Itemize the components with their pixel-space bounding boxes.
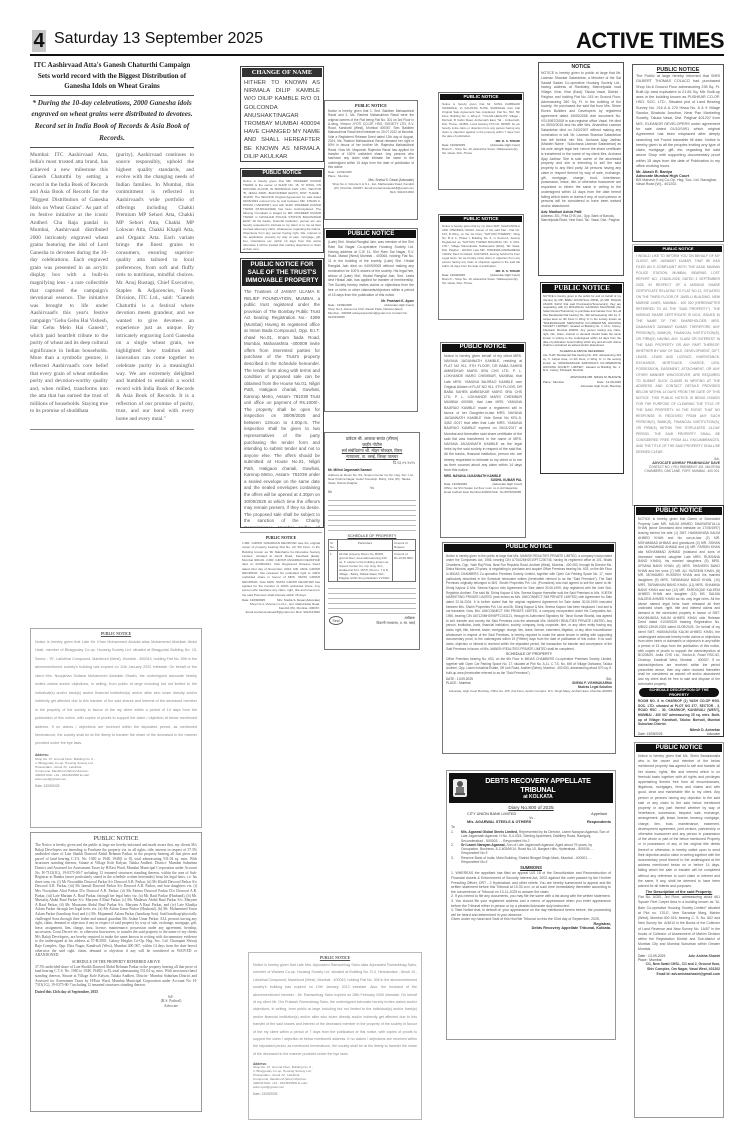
feature-deck: * During the 10-day celebrations, 2000 G… <box>30 98 194 145</box>
public-notice-manish-realities: PUBLIC NOTICE Notice is hereby given to … <box>442 542 616 754</box>
public-notice-jaswant: PUBLIC NOTICE I WOULD LIKE TO INFORM YOU… <box>632 244 724 506</box>
notice-title: PUBLIC NOTICE <box>634 246 722 252</box>
notice-address: Shop No. 07, Ground Floor, Building No. … <box>249 1066 319 1089</box>
notice-signatory: PRIYA SINGH <box>241 252 323 253</box>
drat-banner: DEBTS RECOVERY APPELLATE TRIBUNAL at KOL… <box>449 773 613 803</box>
notice-address: Shop No. 07, Ground Floor, Building No. … <box>31 757 101 781</box>
notice-address: C/1, New Swati CHSL, C/1 and 2, Ground f… <box>635 962 723 977</box>
notice-body: Notice is hereby given that MR. PRADEEP … <box>241 178 323 252</box>
issue-date: Saturday 13 September 2025 <box>54 30 263 48</box>
notice-address: Shop No.4, Victoria C.H.S.L., Ext. Mathu… <box>240 602 322 614</box>
case-number: दि.१३.०९.२०२५ <box>325 460 419 467</box>
notice-title: PUBLIC NOTICE <box>240 533 322 540</box>
public-notice-trust-sale: PUBLIC NOTICE FOR SALE OF THE TRUST'S IM… <box>240 258 324 528</box>
schedule-table: Sr. No. Particulars Amount of Rupees 1. … <box>328 539 416 582</box>
notice-body: Notice is hereby given that Ms. Shirin B… <box>635 753 723 890</box>
change-of-name-title: CHANGE OF NAME <box>242 68 322 77</box>
public-notice-kalim: PUBLIC NOTICE NOTICE is hereby given tha… <box>634 505 724 737</box>
notice-title: PUBLIC NOTICE <box>444 544 614 552</box>
notice-date: Date: 13/09/2025 <box>249 1090 421 1096</box>
table-header: Amount of Rupees <box>393 540 415 551</box>
notice-body: Notice is hereby given that Late Mr. Kha… <box>31 636 201 750</box>
notice-role: Advocate <box>141 1004 201 1009</box>
notice-body: Notice is hereby given that by my client… <box>439 223 523 269</box>
notice-satardekar: NOTICE NOTICE is hereby given to public … <box>538 62 624 276</box>
notice-title: PUBLIC NOTICE <box>31 629 201 636</box>
notice-place: PLACE : Mumbai <box>446 681 473 685</box>
notice-body: NOTICE is hereby given to public at larg… <box>539 70 623 210</box>
notice-body: 1.MR. GIRISH JANARDAN DEODHAR was the or… <box>240 540 322 598</box>
summons-paragraph: 1. WHEREAS the appellant has filed an ap… <box>451 871 611 894</box>
appellant-role: Appellant <box>591 812 607 816</box>
drat-title: DEBTS RECOVERY APPELLATE TRIBUNAL <box>467 776 609 794</box>
summons-paragraph: Given under my hand and Seal of this Hon… <box>451 917 611 922</box>
notice-body: (Late) Shri. Hiralal Rangilal Jain, was … <box>325 239 417 299</box>
party-number: 3. <box>451 856 461 865</box>
notice-body: Notice is hereby given that 1. Smt. Bald… <box>325 108 417 170</box>
table-cell: All that property Room No. B/206, ground… <box>338 551 393 581</box>
notice-body: Notice is hereby given that Mr. SUNIL KA… <box>439 101 523 139</box>
drat-summons: DEBTS RECOVERY APPELLATE TRIBUNAL at KOL… <box>446 770 616 1040</box>
public-notice-yadav: PUBLIC NOTICE Notice is hereby given tha… <box>438 214 524 320</box>
schedule-text: ROOM NO. 8 in CHARKOP (1) YASH CO-OP HSG… <box>635 698 723 728</box>
notice-address: Branch :- Shop No. 19, Akanksha Tower, N… <box>439 147 523 155</box>
feature-column-2: (purity), Aashirvaad continues to source… <box>116 152 194 424</box>
party-entry: 2. Sri Laxmi Narayan Agarwal, Son of Lat… <box>451 843 611 856</box>
public-notice-raval: PUBLIC NOTICE Notice is hereby given tha… <box>324 100 418 220</box>
signatory-court: दिवाणी न्यायालय, व. स्त. वसई <box>376 621 415 626</box>
respondent: Nil <box>325 490 419 494</box>
notice-body: NOTICE is hereby given that Owner of Sch… <box>635 516 723 687</box>
party-detail: Main Building, Shahid Bhagat Singh Mark,… <box>496 856 588 860</box>
newspaper-brand: ACTIVE TIMES <box>576 28 724 54</box>
summons-title: SUMMONS <box>447 864 615 871</box>
feature-headline: ITC Aashirvaad Atta's Ganesh Chaturthi C… <box>30 60 194 92</box>
notice-role: Advocate High Court, Bombay <box>541 384 623 388</box>
party-number: 2. <box>451 843 461 856</box>
party-entry: 1. M/s. Agarwal Global Steels Limited, R… <box>451 830 611 843</box>
public-notice-sahu: PUBLIC NOTICE Notice is hereby given tha… <box>248 952 422 1120</box>
notice-body: The Public at large hereby informed that… <box>633 73 723 170</box>
divider <box>30 429 194 430</box>
table-header: Particulars <box>338 540 393 551</box>
notice-address: Shop No.4, Victoria C.H.S.L., Ext. Mathu… <box>325 182 417 194</box>
schedule-text: ALL THAT Residential Flat bearing No. 40… <box>541 353 623 374</box>
divider <box>30 147 194 148</box>
notice-address: B/5 Mahavir Kunj Co-Op. Hsg. Soc. Ltd. N… <box>633 178 723 186</box>
notice-body: The Trustees of JAMIAT ULAMA E RELIEF FO… <box>241 287 323 528</box>
tribunal-office: Debts Recovery Appellate Tribunal, Kolka… <box>451 926 611 930</box>
party-entry: 3. Reserve Bank of India, Main Building,… <box>451 856 611 865</box>
table-header: Sr. No. <box>329 540 338 551</box>
appellant-name: CITY UNION BANK LIMITED <box>467 812 516 816</box>
respondents-name: M/s. AGARWAL STEELS & OTHERS <box>467 820 531 824</box>
public-notice-pradeep: PUBLIC NOTICE Notice is hereby given tha… <box>240 168 324 253</box>
public-notice-mohanlal: PUBLIC NOTICE NOTICE is hereby given to … <box>540 282 624 474</box>
schedule-text: 37.5% undivided share of Late Shaikh Daw… <box>31 964 201 989</box>
applicant-address: Address at: Room No. 5/1, Sopeni Center … <box>325 473 419 486</box>
notice-address: Office: Jai Shri Sadan 1st floor room no… <box>441 486 525 494</box>
notice-address: Shop No.4, Alamonos Chsl, Rawal Pada, Da… <box>325 307 417 319</box>
notice-body: Notice is hereby given that Late Mrs. Ar… <box>249 960 421 1060</box>
notice-address: Branch :- Shop No. 19, Akanksha Tower, N… <box>439 277 523 285</box>
notice-role: (Advocate High Court) <box>384 303 414 307</box>
notice-address: CONTACT NO. (+91) 9980589007 401, MAJITH… <box>633 465 723 473</box>
notice-title: NOTICE <box>539 63 623 70</box>
public-notice-hiralal: PUBLIC NOTICE (Late) Shri. Hiralal Rangi… <box>324 228 418 412</box>
notice-body: Notice is hereby given to the public at … <box>443 553 615 653</box>
party-number: 1. <box>451 830 461 843</box>
notice-title: PUBLIC NOTICE <box>440 94 522 100</box>
feature-column-1: Mumbai: ITC Aashirvaad Atta, India's mos… <box>30 152 108 424</box>
public-notice-colaco: PUBLIC NOTICE The Public at large hereby… <box>632 64 724 242</box>
notice-body: NOTICE is hereby given to the public for… <box>541 294 623 349</box>
table-cell: 1. <box>329 551 338 581</box>
notice-role: Advocate <box>707 732 720 736</box>
marathi-text-block <box>328 584 416 614</box>
schedule-title: SCHEDULE OF PROPERTY <box>325 534 419 538</box>
notice-date: Date : 13-09-2025 <box>638 954 665 958</box>
notice-title: PUBLIC NOTICE <box>326 230 416 238</box>
notice-title: PUBLIC NOTICE <box>442 344 524 352</box>
schedule-title: The Description of the said Property: <box>635 890 723 894</box>
page-number: 4 <box>32 30 46 52</box>
notice-body: I WOULD LIKE TO INFORM YOU ON BEHALF OF … <box>633 253 723 457</box>
notice-title: PUBLIC NOTICE <box>636 744 722 752</box>
summons-paragraph: 4. Take Notice that, in default of, your… <box>451 908 611 917</box>
public-notice-shirin: PUBLIC NOTICE Notice is hereby given tha… <box>634 742 724 1118</box>
state-emblem-icon <box>453 779 467 797</box>
schedule-text: Office Premises bearing No. 603, on the … <box>443 656 615 676</box>
notice-address: Advocate, High Court Bombay, Office No. … <box>443 689 615 693</box>
drat-subtitle: at KOLKATA <box>467 794 609 800</box>
court-notice-marathi: दावेदार श्री. आकाश सावंत (लीगल) जाहीर नो… <box>324 432 420 650</box>
public-notice-parkar: PUBLIC NOTICE The Notice is hereby given… <box>30 832 202 1112</box>
notice-date: Date : 13/09/2025 <box>328 303 352 307</box>
change-of-name-body: HITHER TO KNOWN AS NIRMALA DILIP KAMBLE … <box>241 78 323 162</box>
notice-title: PUBLIC NOTICE <box>325 101 417 108</box>
notice-signatory: Adv. Anisha Shastri <box>688 954 720 958</box>
notice-date: Date: 13/09/2025 <box>638 732 662 736</box>
summons-paragraph: 3. You should file your registered addre… <box>451 899 611 908</box>
notice-title: PUBLIC NOTICE <box>636 507 722 515</box>
schedule-text: Flat No. A/301, 3rd Floor, admeasuring a… <box>635 894 723 953</box>
notice-body: The Notice is hereby given and the publi… <box>31 842 201 959</box>
notice-date: Date: 13/09/2025 <box>31 781 201 788</box>
feature-article: ITC Aashirvaad Atta's Ganesh Chaturthi C… <box>30 60 194 430</box>
notice-title: PUBLIC NOTICE <box>440 216 522 222</box>
seal-stamp: Seal <box>329 616 343 625</box>
marathi-text-block <box>328 496 416 532</box>
notice-title: PUBLIC NOTICE <box>633 65 723 73</box>
notice-title: PUBLIC NOTICE <box>542 284 622 293</box>
notice-address: Address: 301, Prita CHS Ltd., Opp. Bank … <box>539 214 623 222</box>
table-cell: Amount of Rs.10,50,000/- <box>393 551 415 581</box>
notice-title: PUBLIC NOTICE <box>242 170 322 177</box>
notice-title: PUBLIC NOTICE <box>249 953 421 960</box>
public-notice-girish: PUBLIC NOTICE 1.MR. GIRISH JANARDAN DEOD… <box>240 532 322 644</box>
public-notice-kamble: PUBLIC NOTICE Notice is hereby given beh… <box>440 342 526 538</box>
notice-body: Notice is hereby given behalf of my clie… <box>441 353 525 475</box>
public-notice-abdulla: PUBLIC NOTICE Notice is hereby given tha… <box>30 628 202 828</box>
public-notice-shirwale: PUBLIC NOTICE Notice is hereby given tha… <box>438 92 524 190</box>
schedule-title: SCHEDULE DESCRIPTION OF THE PROPERTY <box>639 688 719 697</box>
respondents-role: Respondents <box>587 820 611 824</box>
divider <box>30 95 194 96</box>
notice-title: PUBLIC NOTICE <box>31 833 201 842</box>
change-of-name-ad: CHANGE OF NAME HITHER TO KNOWN AS NIRMAL… <box>240 66 324 162</box>
masthead-rule <box>30 54 724 56</box>
address-label: Address: <box>31 750 201 757</box>
notice-place: Place : Mumbai <box>543 380 564 384</box>
notice-title: PUBLIC NOTICE FOR SALE OF THE TRUST'S IM… <box>242 260 322 286</box>
